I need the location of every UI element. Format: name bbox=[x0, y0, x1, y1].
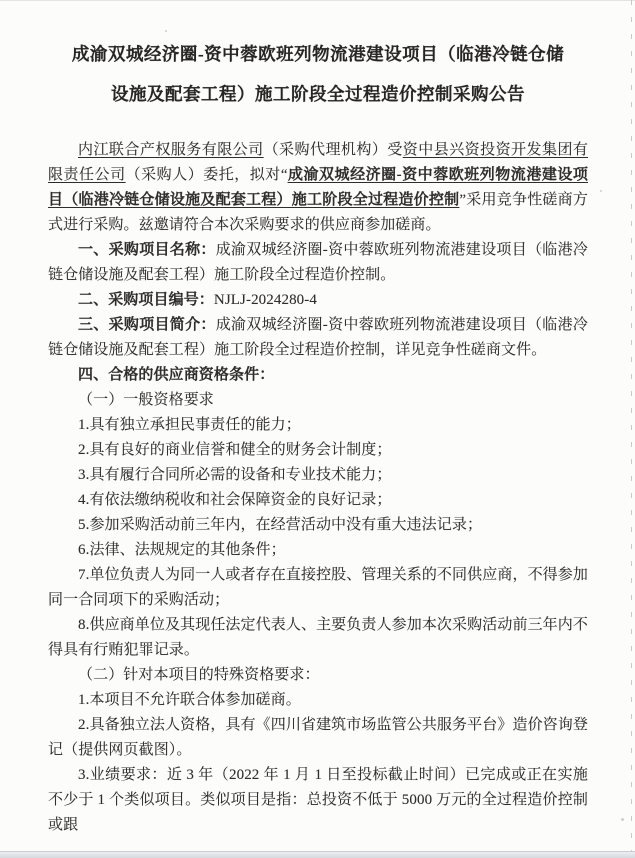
general-requirement-item-3: 3.具有履行合同所必需的设备和专业技术能力； bbox=[48, 463, 588, 488]
document-title-line2: 设施及配套工程）施工阶段全过程造价控制采购公告 bbox=[48, 74, 588, 114]
scan-speck bbox=[621, 818, 624, 821]
section-label: 四、合格的供应商资格条件： bbox=[78, 367, 274, 383]
general-requirement-item-4: 4.有依法缴纳税收和社会保障资金的良好记录； bbox=[48, 488, 588, 513]
general-requirement-item-7: 7.单位负责人为同一人或者存在直接控股、管理关系的不同供应商，不得参加同一合同项… bbox=[48, 563, 588, 613]
document-title: 成渝双城经济圈-资中蓉欧班列物流港建设项目（临港冷链仓储 设施及配套工程）施工阶… bbox=[48, 34, 588, 114]
scan-speck bbox=[540, 247, 542, 249]
section-project-number: 二、采购项目编号：NJLJ-2024280-4 bbox=[48, 288, 588, 313]
scan-edge-top bbox=[0, 0, 635, 1]
general-requirement-item-1: 1.具有独立承担民事责任的能力； bbox=[48, 413, 588, 438]
project-number-value: NJLJ-2024280-4 bbox=[214, 292, 317, 308]
agency-name: 内江联合产权服务有限公司 bbox=[78, 142, 264, 158]
general-requirement-item-6: 6.法律、法规规定的其他条件； bbox=[48, 538, 588, 563]
agency-role: （采购代理机构）受 bbox=[264, 142, 403, 158]
section-project-name: 一、采购项目名称：成渝双城经济圈-资中蓉欧班列物流港建设项目（临港冷链仓储设施及… bbox=[48, 238, 588, 288]
purchaser-role: （采购人）委托，拟对“ bbox=[126, 167, 288, 183]
document-title-line1: 成渝双城经济圈-资中蓉欧班列物流港建设项目（临港冷链仓储 bbox=[48, 34, 588, 74]
scan-edge-right bbox=[631, 0, 632, 851]
section-supplier-qualification: 四、合格的供应商资格条件： bbox=[48, 363, 588, 388]
intro-paragraph: 内江联合产权服务有限公司（采购代理机构）受资中县兴资投资开发集团有限责任公司（采… bbox=[48, 138, 588, 238]
special-requirements-heading: （二）针对本项目的特殊资格要求： bbox=[48, 663, 588, 688]
section-label: 二、采购项目编号： bbox=[78, 292, 214, 308]
general-requirements-heading: （一）一般资格要求 bbox=[48, 388, 588, 413]
scanned-document-page: 成渝双城经济圈-资中蓉欧班列物流港建设项目（临港冷链仓储 设施及配套工程）施工阶… bbox=[48, 34, 588, 838]
special-requirement-item-2: 2.具备独立法人资格，具有《四川省建筑市场监管公共服务平台》造价咨询登记（提供网… bbox=[48, 713, 588, 763]
scan-speck bbox=[600, 190, 602, 192]
scan-shadow-bottom bbox=[0, 851, 635, 858]
scan-speck bbox=[470, 806, 472, 808]
section-project-brief: 三、采购项目简介：成渝双城经济圈-资中蓉欧班列物流港建设项目（临港冷链仓储设施及… bbox=[48, 313, 588, 363]
section-label: 三、采购项目简介： bbox=[78, 317, 216, 333]
scan-speck bbox=[57, 352, 59, 354]
general-requirement-item-2: 2.具有良好的商业信誉和健全的财务会计制度； bbox=[48, 438, 588, 463]
special-requirement-item-3: 3.业绩要求：近 3 年（2022 年 1 月 1 日至投标截止时间）已完成或正… bbox=[48, 763, 588, 838]
general-requirement-item-8: 8.供应商单位及其现任法定代表人、主要负责人参加本次采购活动前三年内不得具有行贿… bbox=[48, 613, 588, 663]
special-requirement-item-1: 1.本项目不允许联合体参加磋商。 bbox=[48, 688, 588, 713]
general-requirement-item-5: 5.参加采购活动前三年内，在经营活动中没有重大违法记录； bbox=[48, 513, 588, 538]
section-label: 一、采购项目名称： bbox=[78, 242, 216, 258]
scan-speck bbox=[165, 30, 167, 32]
scan-speck bbox=[75, 345, 78, 347]
